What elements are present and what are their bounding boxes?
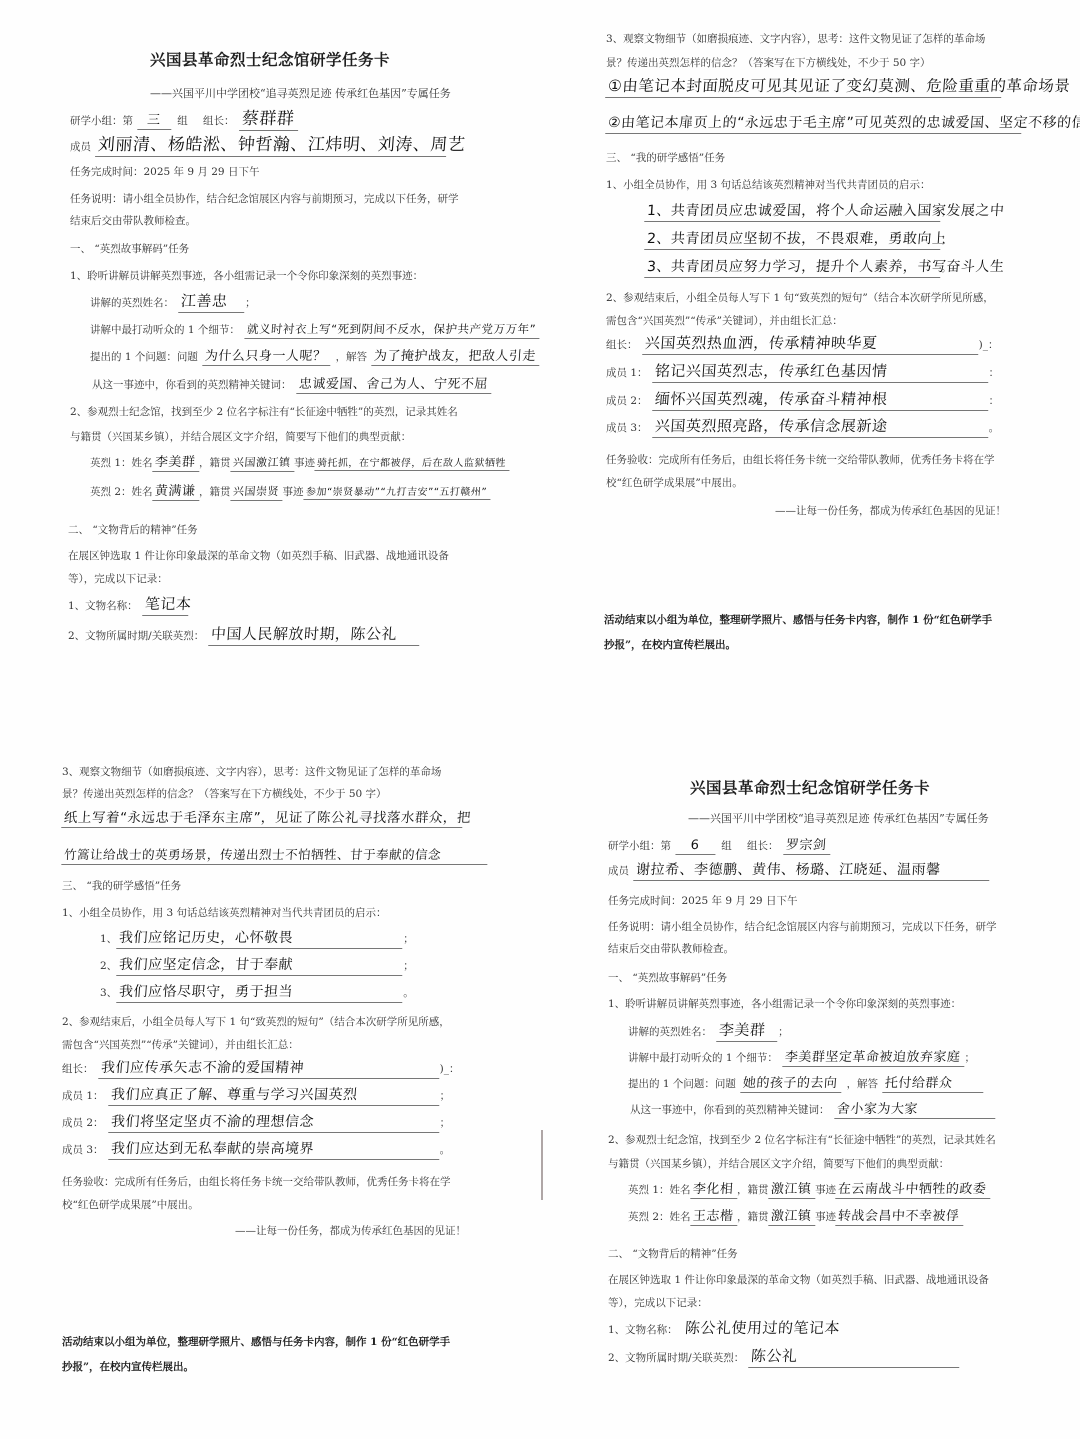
s2-intro: 在展区钟选取 1 件让你印象最深的革命文物（如英烈手稿、旧武器、战地通讯设备 <box>608 1273 989 1287</box>
s3-question-2: 2、参观结束后，小组全员每人写下 1 句“致英烈的短句”（结合本次研学所见所感， <box>62 1015 450 1029</box>
relic-period-row: 2、文物所属时期/关联英烈： 陈公礼 <box>608 1345 960 1368</box>
tribute-leader: 我们应传承矢志不渝的爱国精神 <box>98 1057 441 1079</box>
group-leader: 蔡群群 <box>239 104 299 131</box>
hero-name-row: 讲解的英烈姓名： 李美群； <box>628 1019 789 1042</box>
question-answer: 托付给群众 <box>882 1072 984 1093</box>
s3-question-1: 1、小组全员协作，用 3 句话总结该英烈精神对当代共青团员的启示： <box>62 906 387 920</box>
question-row: 提出的 1 个问题：问题 她的孩子的去向 ，解答 托付给群众 <box>628 1072 984 1093</box>
members-row: 成员 谢拉希、李德鹏、黄伟、杨璐、江晓延、温雨馨 <box>608 859 990 881</box>
keywords-row: 从这一事迹中，你看到的英烈精神关键词： 忠诚爱国、舍己为人、宁死不屈 <box>92 373 492 394</box>
task-instruction: 任务说明：请小组全员协作，结合纪念馆展区内容与前期预习，完成以下任务，研学 <box>70 192 459 206</box>
question-answer: 为了掩护战友，把敌人引走 <box>371 345 540 366</box>
spirit-keywords: 舍小家为大家 <box>834 1098 996 1119</box>
card-motto: ——让每一份任务，都成为传承红色基因的见证！ <box>235 1223 466 1238</box>
insight-1: 我们应铭记历史，心怀敬畏 <box>116 927 404 949</box>
hero-2-row: 英烈 2：姓名王志楷，籍贯激江镇事迹转战会昌中不幸被俘 <box>628 1205 964 1226</box>
s1-question-1: 1、聆听讲解员讲解英烈事迹，各小组需记录一个令你印象深刻的英烈事迹： <box>608 997 961 1011</box>
relic-name: 笔记本 <box>142 593 190 616</box>
relic-period-row: 2、文物所属时期/关联英烈： 中国人民解放时期，陈公礼 <box>68 623 420 646</box>
tribute-member-3-row: 成员 3： 我们应达到无私奉献的崇高境界。 <box>62 1138 450 1160</box>
hero-2-name: 王志楷 <box>690 1205 738 1226</box>
hero-1-deed: 在云南战斗中牺牲的政委 <box>835 1178 991 1199</box>
hero-name: 李美群 <box>716 1019 779 1042</box>
section-3-heading: 三、 “我的研学感悟”任务 <box>62 878 181 893</box>
insight-3: 3、共青团员应努力学习，提升个人素养，书写奋斗人生 <box>644 256 942 278</box>
closing-note: 活动结束以小组为单位，整理研学照片、感悟与任务卡内容，制作 1 份“红色研学手 … <box>62 1330 492 1380</box>
card-subtitle: ——兴国平川中学团校“追寻英烈足迹 传承红色基因”专属任务 <box>688 810 989 826</box>
hero-2-deed: 参加“崇贤暴动”“九打吉安”“五打赣州” <box>303 483 491 500</box>
section-1-heading: 一、 “英烈故事解码”任务 <box>608 970 727 985</box>
hero-1-row: 英烈 1：姓名李化相，籍贯激江镇事迹在云南战斗中牺牲的政委 <box>628 1178 991 1199</box>
relic-name-row: 1、文物名称： 陈公礼使用过的笔记本 <box>608 1317 844 1339</box>
closing-note: 活动结束以小组为单位，整理研学照片、感悟与任务卡内容，制作 1 份“红色研学手 … <box>604 608 1034 658</box>
spirit-keywords: 忠诚爱国、舍己为人、宁死不屈 <box>296 373 492 394</box>
card-title: 兴国县革命烈士纪念馆研学任务卡 <box>540 776 1080 798</box>
task-instruction: 任务说明：请小组全员协作，结合纪念馆展区内容与前期预习，完成以下任务，研学 <box>608 920 997 934</box>
card-subtitle: ——兴国平川中学团校“追寻英烈足迹 传承红色基因”专属任务 <box>150 85 451 101</box>
group-number: 6 <box>675 838 716 855</box>
group-members: 谢拉希、李德鹏、黄伟、杨璐、江晓延、温雨馨 <box>633 859 991 881</box>
tribute-leader-row: 组长： 我们应传承矢志不渝的爱国精神)_： <box>62 1057 459 1079</box>
s1-question-2: 2、参观烈士纪念馆，找到至少 2 位名字标注有“长征途中牺牲”的英烈，记录其姓名 <box>70 405 458 419</box>
group-number: 三 <box>137 109 172 130</box>
tribute-leader-row: 组长： 兴国英烈热血洒，传承精神映华夏)_： <box>606 332 998 355</box>
s2-question-3: 3、观察文物细节（如磨损痕迹、文字内容），思考：这件文物见证了怎样的革命场 <box>62 765 441 779</box>
group-members: 刘丽清、杨皓淞、钟哲瀚、江炜明、刘涛、周艺 <box>95 130 448 157</box>
card-title: 兴国县革命烈士纪念馆研学任务卡 <box>0 48 540 70</box>
group-leader: 罗宗剑 <box>783 834 831 855</box>
s1-question-2: 2、参观烈士纪念馆，找到至少 2 位名字标注有“长征途中牺牲”的英烈，记录其姓名 <box>608 1133 996 1147</box>
hero-name: 江善忠 <box>178 290 246 313</box>
insight-3: 我们应恪尽职守，勇于担当 <box>116 981 404 1003</box>
task-acceptance: 任务验收：完成所有任务后，由组长将任务卡统一交给带队教师，优秀任务卡将在学 <box>62 1175 451 1189</box>
task-card-group3-page1: 兴国县革命烈士纪念馆研学任务卡 ——兴国平川中学团校“追寻英烈足迹 传承红色基因… <box>0 0 540 720</box>
group-row: 研学小组：第 6 组 组长： 罗宗剑 <box>608 834 830 855</box>
hero-1-origin: 激江镇 <box>768 1178 816 1199</box>
relic-answer-line-2: 竹篙让给战士的英勇场景，传递出烈士不怕牺牲、甘于奉献的信念 <box>61 845 488 865</box>
relic-answer-line-2: ②由笔记本扉页上的“永远忠于毛主席”可见英烈的忠诚爱国、坚定不移的信念。 <box>605 112 1023 134</box>
tribute-member-2: 缅怀兴国英烈魂，传承奋斗精神根 <box>652 388 990 411</box>
relic-name: 陈公礼使用过的笔记本 <box>682 1317 845 1339</box>
hero-name-row: 讲解的英烈姓名： 江善忠； <box>90 290 256 313</box>
s2-intro: 在展区钟选取 1 件让你印象最深的革命文物（如英烈手稿、旧武器、战地通讯设备 <box>68 549 449 563</box>
relic-period: 陈公礼 <box>749 1345 962 1368</box>
detail-row: 讲解中最打动听众的 1 个细节： 李美群坚定革命被迫放弃家庭； <box>628 1046 975 1067</box>
hero-1-name: 李美群 <box>152 451 200 472</box>
s3-question-2: 2、参观结束后，小组全员每人写下 1 句“致英烈的短句”（结合本次研学所见所感， <box>606 291 994 305</box>
tribute-leader: 兴国英烈热血洒，传承精神映华夏 <box>642 332 980 355</box>
question-row: 提出的 1 个问题：问题 为什么只身一人呢？ ，解答 为了掩护战友，把敌人引走 <box>90 345 540 366</box>
members-row: 成员 刘丽清、杨皓淞、钟哲瀚、江炜明、刘涛、周艺 <box>70 130 447 157</box>
tribute-member-1: 我们应真正了解、尊重与学习兴国英烈 <box>108 1084 441 1106</box>
hero-1-deed: 骑托抓，在宁都被俘，后在敌人监狱牺牲 <box>314 454 510 471</box>
hero-2-deed: 转战会昌中不幸被俘 <box>835 1205 964 1226</box>
keywords-row: 从这一事迹中，你看到的英烈精神关键词： 舍小家为大家 <box>630 1098 996 1119</box>
hero-1-name: 李化相 <box>690 1178 738 1199</box>
hero-1-origin: 兴国激江镇 <box>230 454 295 472</box>
tribute-member-1-row: 成员 1： 铭记兴国英烈志，传承红色基因情： <box>606 360 999 383</box>
task-card-group6-page2: 3、观察文物细节（如磨损痕迹、文字内容），思考：这件文物见证了怎样的革命场 景？… <box>0 720 540 1439</box>
task-card-group3-page2: 3、观察文物细节（如磨损痕迹、文字内容），思考：这件文物见证了怎样的革命场 景？… <box>540 0 1080 720</box>
s2-question-3: 3、观察文物细节（如磨损痕迹、文字内容），思考：这件文物见证了怎样的革命场 <box>606 32 985 46</box>
tribute-member-3-row: 成员 3： 兴国英烈照亮路，传承信念展新途。 <box>606 415 999 438</box>
moving-detail: 就义时衬衣上写“死到阴间不反水，保护共产党万万年” <box>244 321 540 339</box>
insight-2: 2、共青团员应坚韧不拔，不畏艰难，勇敢向上 <box>644 228 942 250</box>
task-acceptance: 任务验收：完成所有任务后，由组长将任务卡统一交给带队教师，优秀任务卡将在学 <box>606 453 995 467</box>
completion-time: 任务完成时间：2025 年 9 月 29 日下午 <box>70 165 259 179</box>
hero-2-origin: 激江镇 <box>768 1205 816 1226</box>
relic-period: 中国人民解放时期，陈公礼 <box>209 623 422 646</box>
s1-question-1: 1、聆听讲解员讲解英烈事迹，各小组需记录一个令你印象深刻的英烈事迹： <box>70 269 423 283</box>
card-motto: ——让每一份任务，都成为传承红色基因的见证！ <box>775 503 1006 518</box>
detail-row: 讲解中最打动听众的 1 个细节： 就义时衬衣上写“死到阴间不反水，保护共产党万万… <box>90 318 540 339</box>
relic-answer-line-1: ①由笔记本封面脱皮可见其见证了变幻莫测、危险重重的革命场景 <box>605 74 1003 98</box>
insight-2: 我们应坚定信念，甘于奉献 <box>116 954 404 976</box>
s3-question-1: 1、小组全员协作，用 3 句话总结该英烈精神对当代共青团员的启示： <box>606 178 931 192</box>
hero-1-row: 英烈 1：姓名李美群，籍贯兴国激江镇事迹骑托抓，在宁都被俘，后在敌人监狱牺牲 <box>90 451 510 472</box>
moving-detail: 李美群坚定革命被迫放弃家庭 <box>782 1046 965 1067</box>
task-card-group6-page1: 兴国县革命烈士纪念馆研学任务卡 ——兴国平川中学团校“追寻英烈足迹 传承红色基因… <box>540 720 1080 1439</box>
tribute-member-3: 我们应达到无私奉献的崇高境界 <box>108 1138 441 1160</box>
hero-2-name: 黄满谦 <box>152 480 200 501</box>
hero-2-row: 英烈 2：姓名黄满谦，籍贯兴国崇贤事迹参加“崇贤暴动”“九打吉安”“五打赣州” <box>90 480 491 501</box>
completion-time: 任务完成时间：2025 年 9 月 29 日下午 <box>608 894 797 908</box>
raised-question: 她的孩子的去向 <box>740 1072 842 1093</box>
tribute-member-2-row: 成员 2： 我们将坚定坚贞不渝的理想信念； <box>62 1111 450 1133</box>
tribute-member-2-row: 成员 2： 缅怀兴国英烈魂，传承奋斗精神根： <box>606 388 999 411</box>
page-edge-shadow <box>541 1130 543 1200</box>
tribute-member-2: 我们将坚定坚贞不渝的理想信念 <box>108 1111 441 1133</box>
raised-question: 为什么只身一人呢？ <box>202 345 331 366</box>
insight-1: 1、共青团员应忠诚爱国，将个人命运融入国家发展之中 <box>644 200 942 222</box>
group-row: 研学小组：第 三 组 组长： 蔡群群 <box>70 104 298 131</box>
tribute-member-1: 铭记兴国英烈志，传承红色基因情 <box>652 360 990 383</box>
relic-name-row: 1、文物名称： 笔记本 <box>68 593 189 616</box>
relic-answer-line-1: 纸上写着“永远忠于毛泽东主席”，见证了陈公礼寻找落水群众，把 <box>61 806 464 828</box>
section-2-heading: 二、 “文物背后的精神”任务 <box>68 522 198 537</box>
section-1-heading: 一、 “英烈故事解码”任务 <box>70 241 189 256</box>
tribute-member-1-row: 成员 1： 我们应真正了解、尊重与学习兴国英烈； <box>62 1084 450 1106</box>
hero-2-origin: 兴国崇贤 <box>230 483 283 501</box>
section-2-heading: 二、 “文物背后的精神”任务 <box>608 1246 738 1261</box>
tribute-member-3: 兴国英烈照亮路，传承信念展新途 <box>652 415 990 438</box>
section-3-heading: 三、 “我的研学感悟”任务 <box>606 150 725 165</box>
